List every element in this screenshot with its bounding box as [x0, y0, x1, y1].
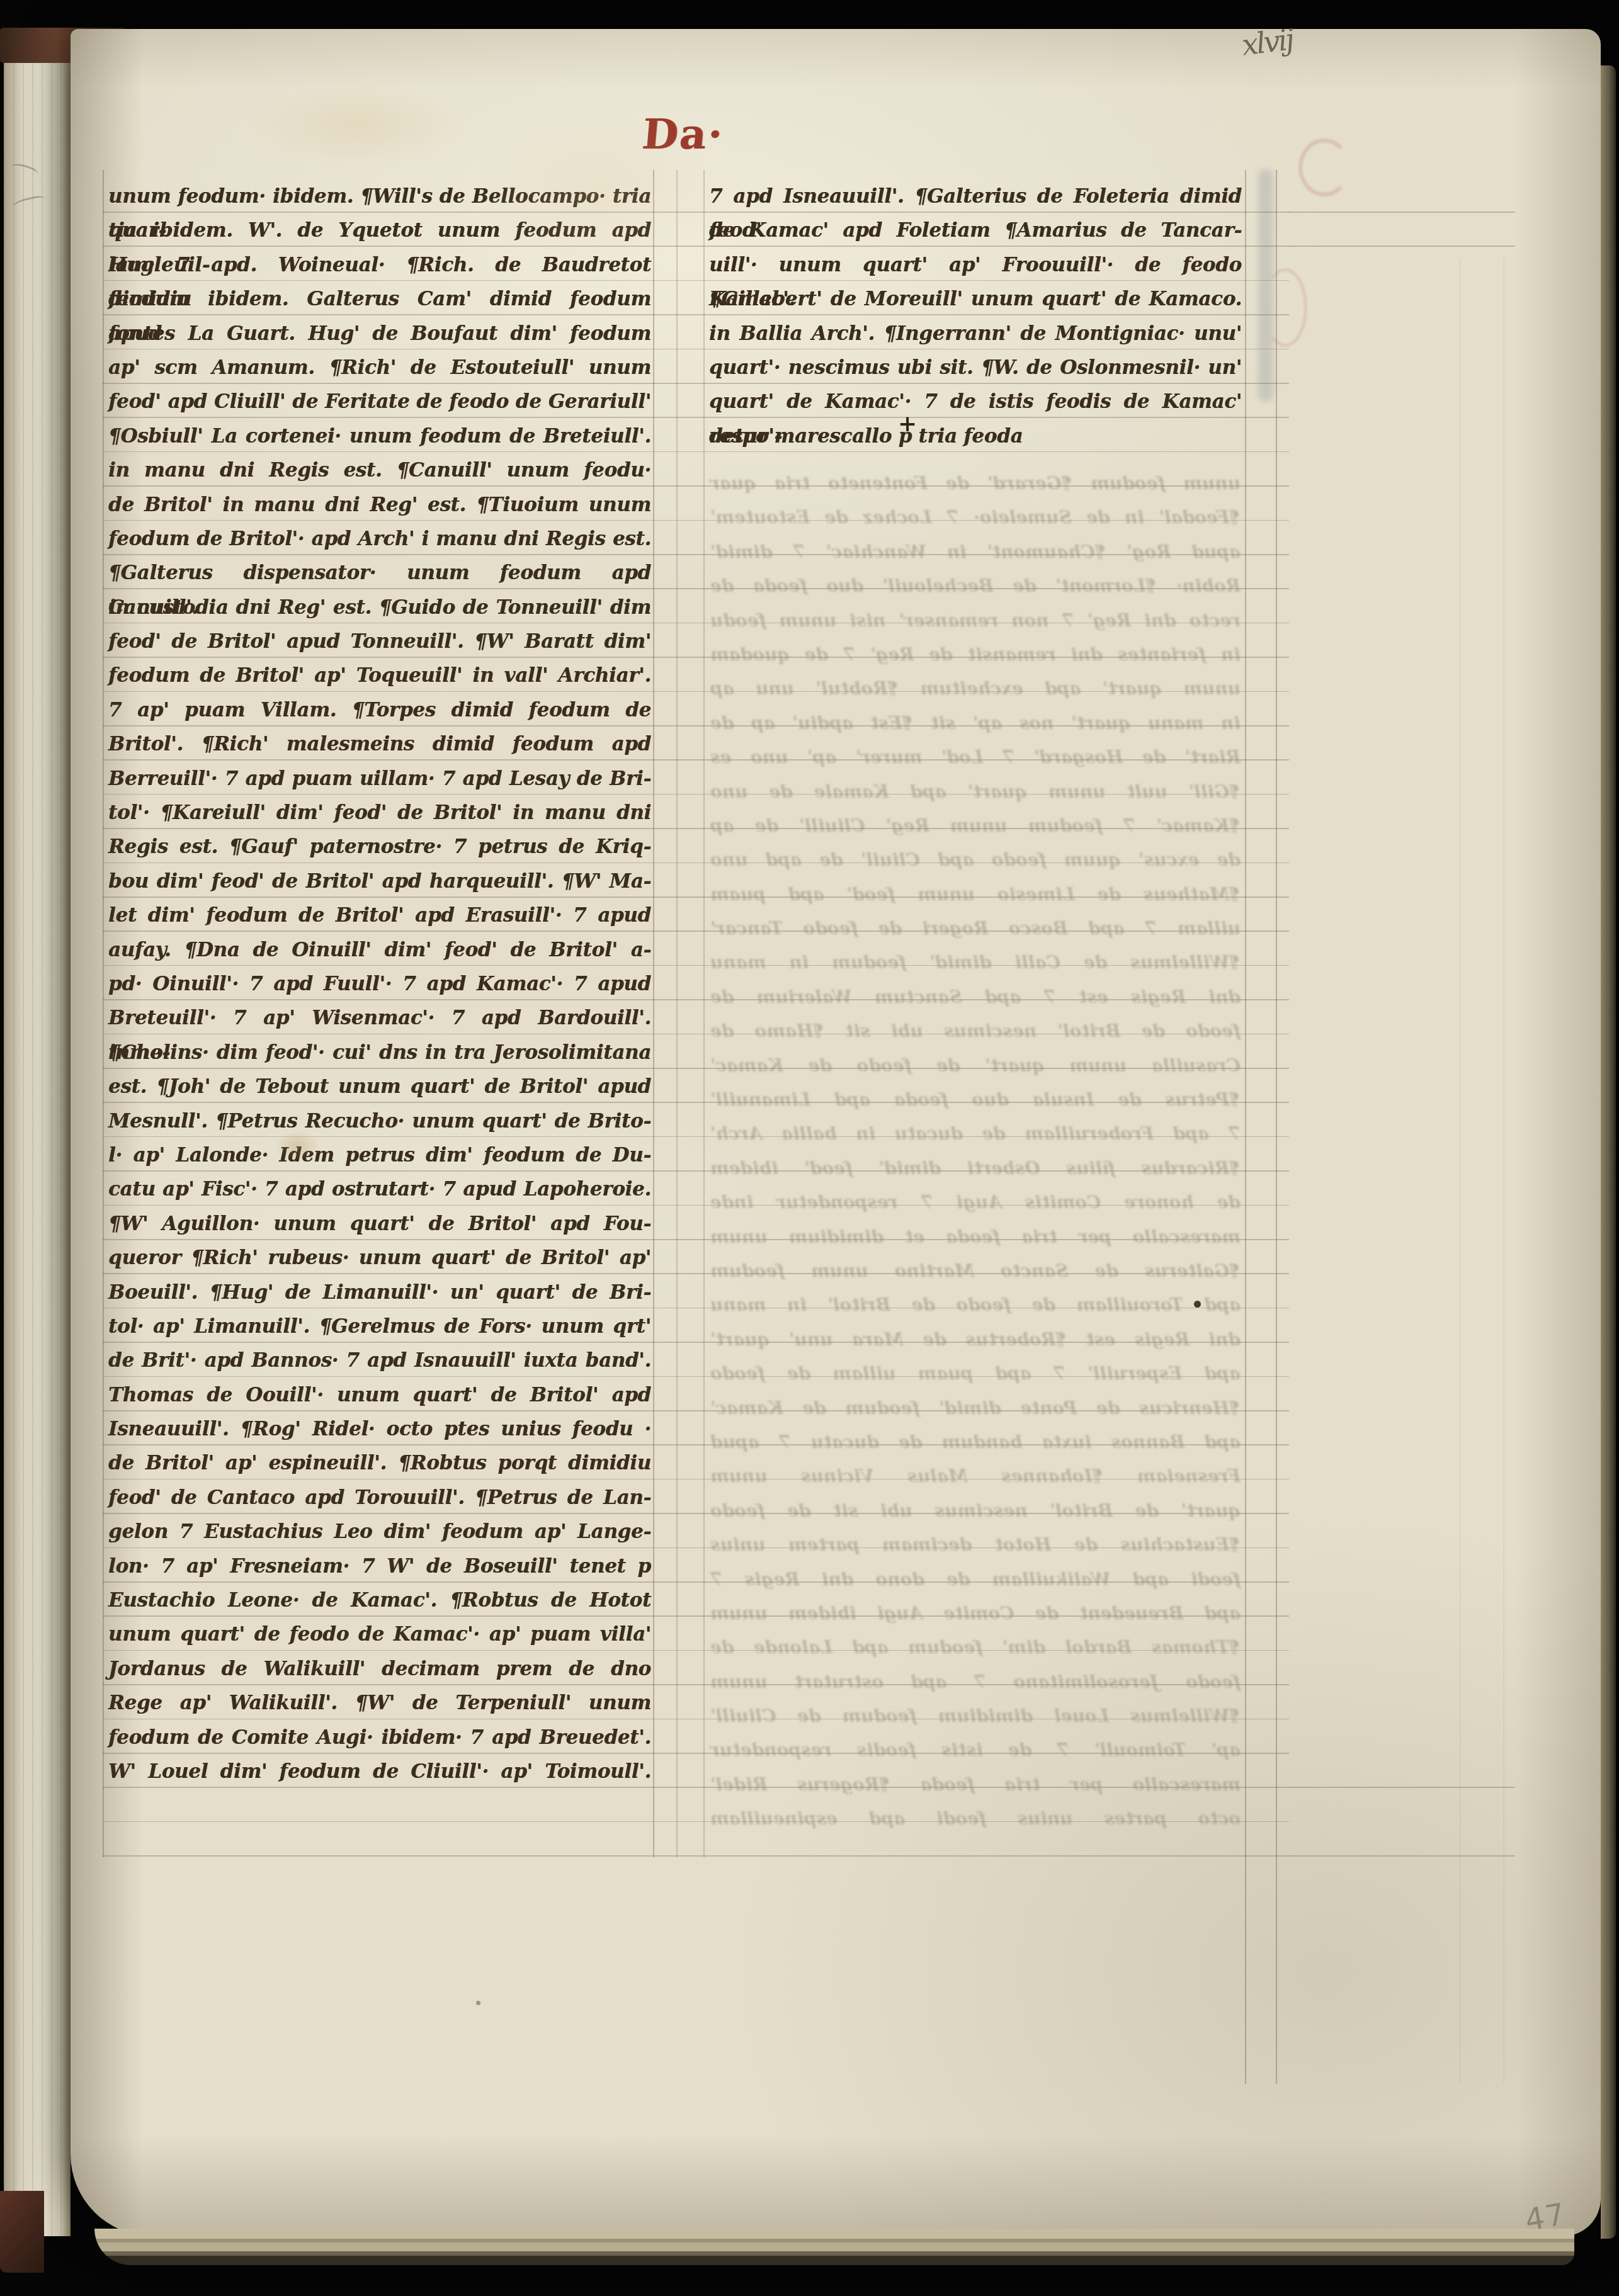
ruled-line-extension	[1288, 1855, 1515, 1857]
showthrough-line: dni Regis est ¶Robertus de Mara unu' qua…	[710, 1323, 1241, 1357]
showthrough-line: feodi apd Walikuillam de dono dni Regis …	[710, 1563, 1241, 1597]
ruled-line-vertical	[703, 170, 705, 1857]
showthrough-line: in manu quart' nos ap' sit ¶Est apdiu' a…	[710, 706, 1241, 740]
showthrough-line: ¶Ricardus filius Osberti dimid' feod' ib…	[710, 1151, 1241, 1185]
manuscript-line: ¶Galterus dispensator· unum feodum apd C…	[108, 556, 651, 590]
manuscript-line: Boeuill'. ¶Hug' de Limanuill'· un' quart…	[108, 1275, 651, 1309]
manuscript-line: Berreuill'· 7 apd puam uillam· 7 apd Les…	[108, 762, 651, 796]
ruled-line-vertical	[1276, 170, 1277, 2084]
showthrough-line: ¶Eustachius de Hotot decimam partem uniu…	[710, 1528, 1241, 1562]
manuscript-line: feodum de Comite Augi· ibidem· 7 apd Bre…	[108, 1721, 651, 1755]
manuscript-line: ¶Gillebert' de Moreuill' unum quart' de …	[709, 282, 1242, 316]
verso-showthrough-text: unum feodum ¶Gerard' de Fonteneto tria q…	[710, 467, 1241, 1836]
manuscript-line: fontes La Guart. Hug' de Boufaut dim' fe…	[108, 317, 651, 351]
manuscript-line: detur marescallo p tria feoda	[709, 419, 1242, 453]
manuscript-line: ¶Osbiull' La cortenei· unum feodum de Br…	[108, 419, 651, 453]
manuscript-line: lon· 7 ap' Fresneiam· 7 W' de Boseuill' …	[108, 1549, 651, 1583]
manuscript-line: est. ¶Joh' de Tebout unum quart' de Brit…	[108, 1070, 651, 1104]
manuscript-line: feodum de Britol'· apd Arch' i manu dni …	[108, 522, 651, 556]
manuscript-line: in Ballia Arch'. ¶Ingerrann' de Montigni…	[709, 317, 1242, 351]
showthrough-line: feodo de Britol' nescimus ubi sit ¶Hamo …	[710, 1014, 1241, 1048]
showthrough-line: ¶Galterus de Sancto Martino unum feodum	[710, 1254, 1241, 1288]
showthrough-line: marescallo per tria feoda et dimidium un…	[710, 1220, 1241, 1254]
showthrough-line: apud Rog' ¶Chaumont' in Wanchiac' 7 dimi…	[710, 535, 1241, 569]
showthrough-line: Crasuilla unum quart' de feodo de Kamac'	[710, 1049, 1241, 1083]
manuscript-line: feod' de Cantaco apd Torouuill'. ¶Petrus…	[108, 1481, 651, 1515]
manuscript-line: aufay. ¶Dna de Oinuill' dim' feod' de Br…	[108, 933, 651, 967]
ink-speck	[476, 2001, 480, 2005]
page-right-edges	[1601, 65, 1616, 2239]
ruled-line-vertical	[676, 170, 678, 1857]
showthrough-line: unum feodum ¶Gerard' de Fonteneto tria q…	[710, 467, 1241, 500]
showthrough-line: dni Regis est 7 apd Sanctum Walerium de	[710, 980, 1241, 1014]
showthrough-line: ¶Petrus de Insula duo feoda apd Limanuil…	[710, 1083, 1241, 1117]
text-column-right: 7 apd Isneauuill'. ¶Galterius de Foleter…	[709, 179, 1242, 453]
showthrough-line: Robin· ¶Lormont' de Bechelouil' duo feod…	[710, 569, 1241, 603]
manuscript-line: de Britol' in manu dni Reg' est. ¶Tiuoiu…	[108, 488, 651, 522]
book-gutter-page-edges	[4, 40, 71, 2236]
ruled-line-extension	[1288, 246, 1515, 247]
showthrough-line: Fresneiam ¶Iohannes Malus Vicinus unum	[710, 1459, 1241, 1493]
manuscript-line: 7 apd Isneauuill'. ¶Galterius de Foleter…	[709, 179, 1242, 213]
manuscript-line: Isneauuill'. ¶Rog' Ridel· octo ptes uniu…	[108, 1412, 651, 1446]
manuscript-line: de Kamac' apd Foletiam ¶Amarius de Tanca…	[709, 213, 1242, 247]
ruled-line-extension	[1288, 1787, 1515, 1788]
showthrough-line: in feriantes dni remansit de Reg' 7 de q…	[710, 638, 1241, 672]
showthrough-line: Riart' de Hosgard' 7 Lod' murer' ap' uno…	[710, 740, 1241, 774]
showthrough-line: recto dni Reg' 7 non remanser' nisi unum…	[710, 604, 1241, 638]
showthrough-line: ¶Gill' uult unum quart' apd Kamale de un…	[710, 775, 1241, 809]
manuscript-line: in manu dni Regis est. ¶Canuill' unum fe…	[108, 453, 651, 487]
showthrough-line: octo partes unius feodi apd espineuillam	[710, 1802, 1241, 1836]
manuscript-line: quart' de Kamac'· 7 de istis feodis de K…	[709, 385, 1242, 419]
manuscript-line: Regis est. ¶Gauf' paternostre· 7 petrus …	[108, 830, 651, 864]
manuscript-line: feod' apd Cliuill' de Feritate de feodo …	[108, 385, 651, 419]
manuscript-line: de Brit'· apd Bannos· 7 apd Isnauuill' i…	[108, 1343, 651, 1377]
showthrough-line: de excus' quum feodo apd Cliuil' de apd …	[710, 843, 1241, 877]
manuscript-line: Thomas de Oouill'· unum quart' de Britol…	[108, 1378, 651, 1412]
showthrough-line: de honore Comitis Augi 7 respondetur ind…	[710, 1185, 1241, 1219]
showthrough-line: ¶Matheus de Limesio unum feod' apd puam	[710, 878, 1241, 912]
showthrough-line: ¶Kamac' 7 feodum unum Reg' Cliuill' de a…	[710, 809, 1241, 843]
showthrough-line: apd Breuedent de Comite Augi ibidem unum	[710, 1597, 1241, 1631]
manuscript-line: Eustachio Leone· de Kamac'. ¶Robtus de H…	[108, 1583, 651, 1617]
manuscript-line: Breteuill'· 7 ap' Wisenmac'· 7 apd Bardo…	[108, 1001, 651, 1035]
showthrough-line: apd Esperuill' 7 apd puam uillam de feod…	[710, 1357, 1241, 1391]
binding-bottom-corner	[0, 2191, 44, 2273]
manuscript-line: pd· Oinuill'· 7 apd Fuull'· 7 apd Kamac'…	[108, 967, 651, 1001]
manuscript-line: feod' de Britol' apud Tonneuill'. ¶W' Ba…	[108, 625, 651, 659]
manuscript-line: Mesnull'. ¶Petrus Recucho· unum quart' d…	[108, 1104, 651, 1138]
page-bottom-edges	[94, 2229, 1574, 2265]
manuscript-line: ¶W' Aguillon· unum quart' de Britol' apd…	[108, 1207, 651, 1241]
red-offset-mark	[1263, 268, 1307, 347]
manuscript-line: l· ap' Lalonde· Idem petrus dim' feodum …	[108, 1138, 651, 1172]
showthrough-line: ¶Feodal' in de Sumeleio· 7 Lochez de Est…	[710, 500, 1241, 534]
showthrough-line: apd Torouillam de feodo de Britol' in ma…	[710, 1288, 1241, 1322]
manuscript-line: Rege ap' Walikuill'. ¶W' de Terpeniull' …	[108, 1686, 651, 1720]
showthrough-line: quart' de Britol' nescimus ubi sit de fe…	[710, 1494, 1241, 1528]
showthrough-line: ¶Willelmus Louel dimidium feodum de Cliu…	[710, 1699, 1241, 1733]
showthrough-line: ap' Toimoull' 7 de istis feodis responde…	[710, 1733, 1241, 1767]
page-number-pencil: 47	[1523, 2197, 1569, 2238]
showthrough-line: ¶Willelmus de Calli dimid' feodum in man…	[710, 946, 1241, 980]
manuscript-line: let dim' feodum de Britol' apd Erasuill'…	[108, 898, 651, 932]
manuscript-line: unum quart' de feodo de Kamac'· ap' puam…	[108, 1617, 651, 1651]
manuscript-line: Jordanus de Walikuill' decimam prem de d…	[108, 1652, 651, 1686]
manuscript-line: de Britol' ap' espineuill'. ¶Robtus porq…	[108, 1446, 651, 1480]
manuscript-line: uill'· unum quart' ap' Froouuill'· de fe…	[709, 248, 1242, 282]
parchment-stain	[267, 1126, 327, 1166]
manuscript-line: ap' scm Amanum. ¶Rich' de Estouteiull' u…	[108, 351, 651, 385]
manuscript-line: queror ¶Rich' rubeus· unum quart' de Bri…	[108, 1241, 651, 1275]
manuscript-line: W' Louel dim' feodum de Cliuill'· ap' To…	[108, 1755, 651, 1789]
manuscript-line: gelon 7 Eustachius Leo dim' feodum ap' L…	[108, 1515, 651, 1549]
manuscript-line: in custodia dni Reg' est. ¶Guido de Tonn…	[108, 591, 651, 625]
ruled-line-extension	[1288, 212, 1515, 213]
showthrough-line: unum quart' apd excheitum ¶Robtul' unu a…	[710, 672, 1241, 706]
manuscript-line: 7 ap' puam Villam. ¶Torpes dimid feodum …	[108, 693, 651, 727]
manuscript-line: quart'· nescimus ubi sit. ¶W. de Oslonme…	[709, 351, 1242, 385]
manuscript-line: tol'· ¶Kareiull' dim' feod' de Britol' i…	[108, 796, 651, 830]
ruled-line-vertical	[103, 170, 104, 1857]
manuscript-line: bou dim' feod' de Britol' apd harqueuill…	[108, 864, 651, 898]
folio-number-ink: xlvij	[1240, 22, 1295, 62]
manuscript-line: tol· ap' Limanuill'. ¶Gerelmus de Fors· …	[108, 1309, 651, 1343]
showthrough-line: uillam 7 apd Bosco Rogeri de feodo Tanca…	[710, 912, 1241, 946]
ruled-line-vertical	[1503, 258, 1504, 2084]
manuscript-photo: unum feodum ¶Gerard' de Fonteneto tria q…	[0, 0, 1619, 2296]
showthrough-line: 7 apd Froberuillam de ducatu in ballia A…	[710, 1117, 1241, 1151]
text-column-left: unum feodum· ibidem. ¶Will's de Bellocam…	[108, 179, 651, 1789]
ink-speck	[1194, 1301, 1201, 1308]
showthrough-line: ¶Thomas Bardol dim' feodum apd Lalonde d…	[710, 1631, 1241, 1665]
showthrough-line: apd Bannos iuxta bandum de ducatu 7 apud	[710, 1425, 1241, 1459]
manuscript-line: feodum de Britol' ap' Toqueuill' in vall…	[108, 659, 651, 693]
showthrough-line: feodo Jerosolimitano 7 apd ostrutart unu…	[710, 1665, 1241, 1699]
ruled-line-vertical	[1460, 258, 1461, 2084]
red-offset-mark	[1298, 139, 1350, 196]
showthrough-line: ¶Henricus de Ponte dimid' feodum de Kama…	[710, 1391, 1241, 1425]
parchment-stain	[435, 88, 762, 296]
manuscript-line: Britol'. ¶Rich' malesmeins dimid feodum …	[108, 727, 651, 761]
ruled-line-vertical	[1245, 170, 1246, 2084]
manuscript-line: inmolins· dim feod'· cui' dns in tra Jer…	[108, 1036, 651, 1070]
ruled-line-vertical	[653, 170, 654, 1857]
manuscript-line: catu ap' Fisc'· 7 apd ostrutart· 7 apud …	[108, 1172, 651, 1206]
showthrough-line: marescallo per tria feoda ¶Rogerus Ridel…	[710, 1768, 1241, 1802]
margin-cross-mark: +	[898, 410, 917, 437]
